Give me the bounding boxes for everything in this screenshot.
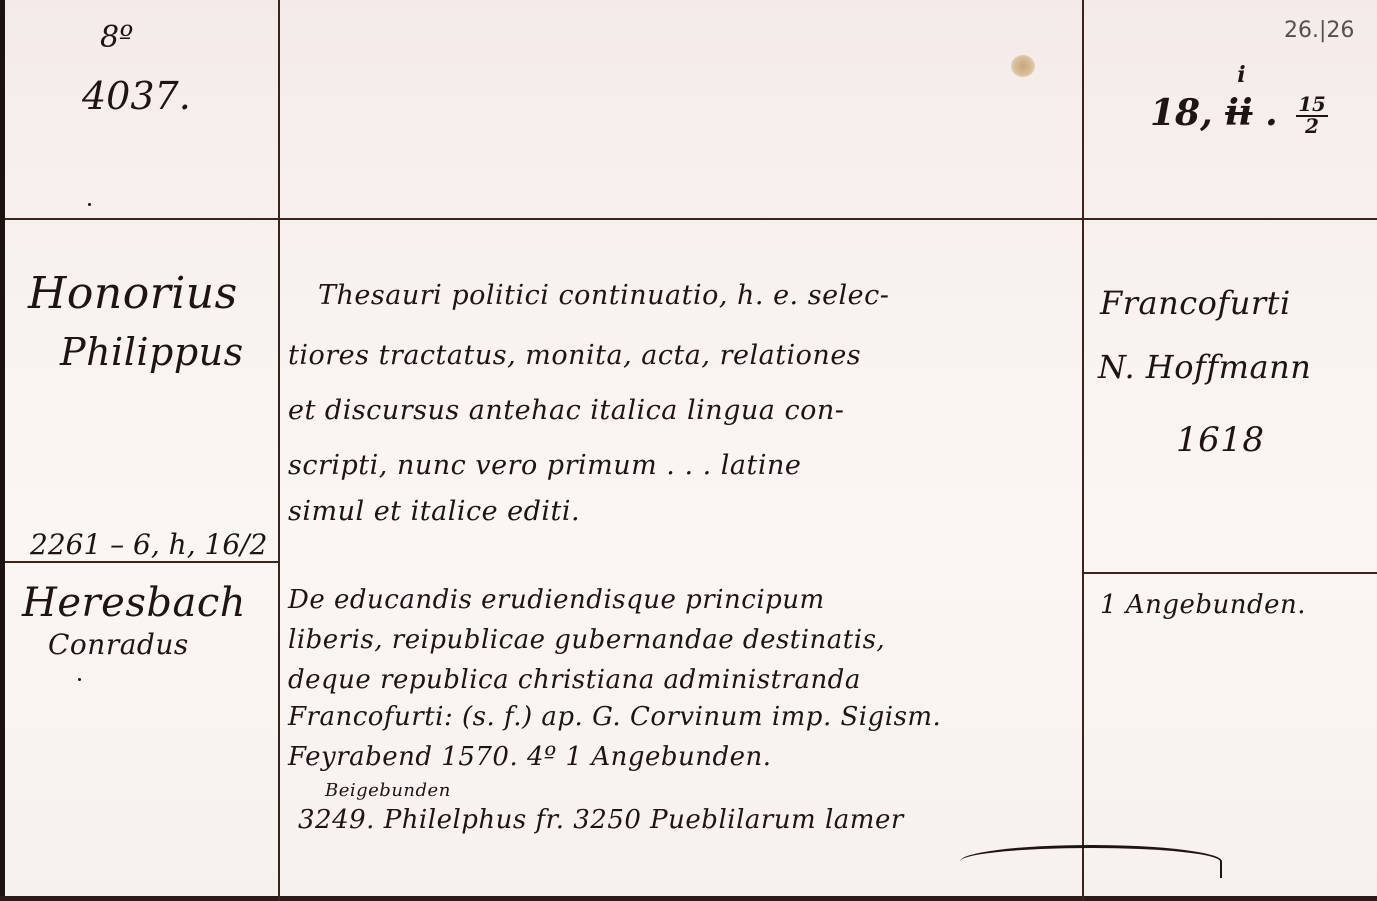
header-rule [5,218,1377,220]
title-line: scripti, nunc vero primum . . . latine [288,450,801,481]
footer-line: 3249. Philelphus fr. 3250 Pueblilarum la… [298,805,904,835]
title-line: De educandis erudiendisque principum [288,585,825,615]
interlinear-note: Beigebunden [325,780,451,801]
title-line: Francofurti: (s. f.) ap. G. Corvinum imp… [288,702,941,732]
title-line: et discursus antehac italica lingua con- [288,395,844,426]
author-surname: Heresbach [22,580,246,626]
shelf-mark-struck-group: i ii [1225,92,1265,134]
entry-rule-left [5,561,278,563]
title-line: Feyrabend 1570. 4º 1 Angebunden. [288,742,772,772]
imprint-year: 1618 [1176,420,1265,460]
title-line: Thesauri politici continuatio, h. e. sel… [318,280,889,311]
author-forename: Philippus [60,330,244,374]
closing-flourish [960,845,1222,878]
ink-dot [88,203,91,206]
paper-stain [1011,55,1035,77]
entry-rule-right [1082,572,1377,574]
column-rule-left [278,0,280,901]
author-surname: Honorius [28,268,238,319]
card-bottom-edge [0,896,1377,901]
imprint-place: Francofurti [1100,284,1291,322]
shelf-mark-main: 18, [1150,92,1213,134]
title-line: deque republica christiana administranda [288,665,861,695]
shelf-mark-dot: . [1265,92,1278,134]
imprint-publisher: N. Hoffmann [1098,348,1311,386]
call-number: 4037. [82,74,191,118]
location-note: 2261 – 6, h, 16/2 [30,528,267,561]
ink-dot [78,678,81,681]
column-rule-right [1082,0,1084,901]
title-line: tiores tractatus, monita, acta, relation… [288,340,861,371]
catalog-card: 8º 4037. 26.|26 18, i ii . 15 2 Honorius… [0,0,1377,901]
title-line: liberis, reipublicae gubernandae destina… [288,625,885,655]
card-left-edge [0,0,5,901]
format-mark: 8º [100,20,133,55]
shelf-mark-struck: ii [1225,92,1252,134]
title-line: simul et italice editi. [288,496,580,527]
shelf-mark: 18, i ii . 15 2 [1150,92,1328,137]
author-forename: Conradus [48,628,189,661]
shelf-mark-correction: i [1237,62,1245,88]
side-note: 1 Angebunden. [1100,590,1306,620]
fraction-denominator: 2 [1305,117,1319,137]
shelf-mark-fraction: 15 2 [1296,95,1328,137]
pencil-note: 26.|26 [1284,18,1354,43]
